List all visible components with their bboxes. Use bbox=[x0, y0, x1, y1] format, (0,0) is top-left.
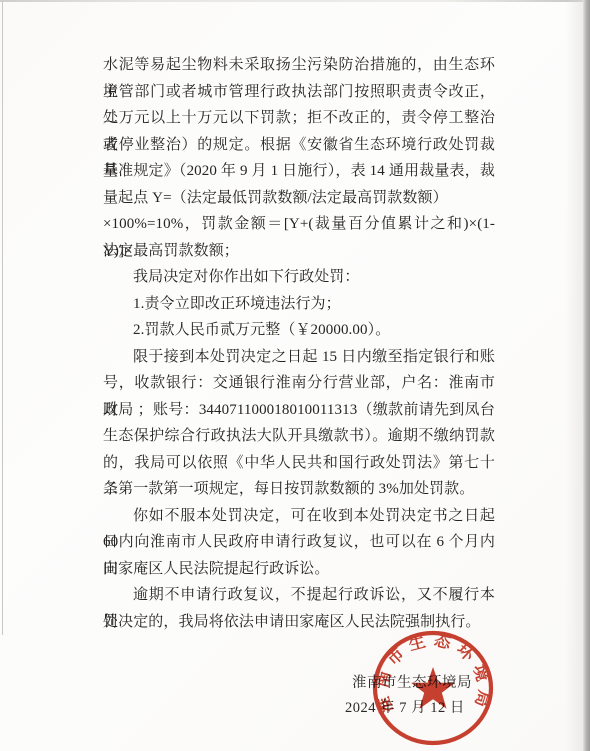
document-line: 号，收款银行：交通银行淮南分行营业部，户名：淮南市财 bbox=[103, 370, 495, 397]
scan-shadow bbox=[565, 0, 583, 751]
scanned-document-page: 水泥等易起尘物料未采取扬尘污染防治措施的，由生态环境主管部门或者城市管理行政执法… bbox=[0, 0, 590, 751]
document-line: ×100%=10%，罚款金额＝[Y+(裁量百分值累计之和)×(1-Y)]× bbox=[103, 211, 495, 238]
document-line: 水泥等易起尘物料未采取扬尘污染防治措施的，由生态环境 bbox=[103, 52, 495, 79]
document-line: 者停业整治）的规定。根据《安徽省生态环境行政处罚裁量 bbox=[103, 132, 495, 159]
scan-edge-right bbox=[583, 0, 590, 751]
document-line: 法定最高罚款数额； bbox=[103, 238, 495, 265]
document-line: 2.罚款人民币贰万元整（￥20000.00）。 bbox=[103, 317, 495, 344]
document-line: 我局决定对你作出如下行政处罚： bbox=[103, 264, 495, 291]
document-body: 水泥等易起尘物料未采取扬尘污染防治措施的，由生态环境主管部门或者城市管理行政执法… bbox=[103, 52, 495, 635]
document-line: 日内向淮南市人民政府申请行政复议，也可以在 6 个月内向 bbox=[103, 529, 495, 556]
document-line: 生态保护综合行政执法大队开具缴款书）。逾期不缴纳罚款 bbox=[103, 423, 495, 450]
document-line: 条第一款第一项规定，每日按罚款数额的 3%加处罚款。 bbox=[103, 476, 495, 503]
document-line: 限于接到本处罚决定之日起 15 日内缴至指定银行和账 bbox=[103, 344, 495, 371]
document-line: 主管部门或者城市管理行政执法部门按照职责责令改正，处 bbox=[103, 79, 495, 106]
seal-star-icon bbox=[411, 667, 455, 709]
document-line: 政局 ；账号：344071100018010011313（缴款前请先到凤台 bbox=[103, 397, 495, 424]
document-line: 你如不服本处罚决定，可在收到本处罚决定书之日起 60 bbox=[103, 503, 495, 530]
document-line: 量起点 Y=（法定最低罚款数额/法定最高罚款数额） bbox=[103, 185, 495, 212]
scan-edge-left bbox=[2, 0, 3, 635]
scan-edge-top bbox=[0, 0, 590, 2]
document-line: 的，我局可以依照《中华人民共和国行政处罚法》第七十二 bbox=[103, 450, 495, 477]
document-line: 逾期不申请行政复议，不提起行政诉讼，又不履行本处 bbox=[103, 582, 495, 609]
document-line: 1.责令立即改正环境违法行为； bbox=[103, 291, 495, 318]
official-seal: 淮南市生态环境局 bbox=[368, 626, 498, 751]
document-line: 基准规定》（2020 年 9 月 1 日施行），表 14 通用裁量表，裁 bbox=[103, 158, 495, 185]
document-line: 二万元以上十万元以下罚款；拒不改正的，责令停工整治或 bbox=[103, 105, 495, 132]
document-line: 田家庵区人民法院提起行政诉讼。 bbox=[103, 556, 495, 583]
